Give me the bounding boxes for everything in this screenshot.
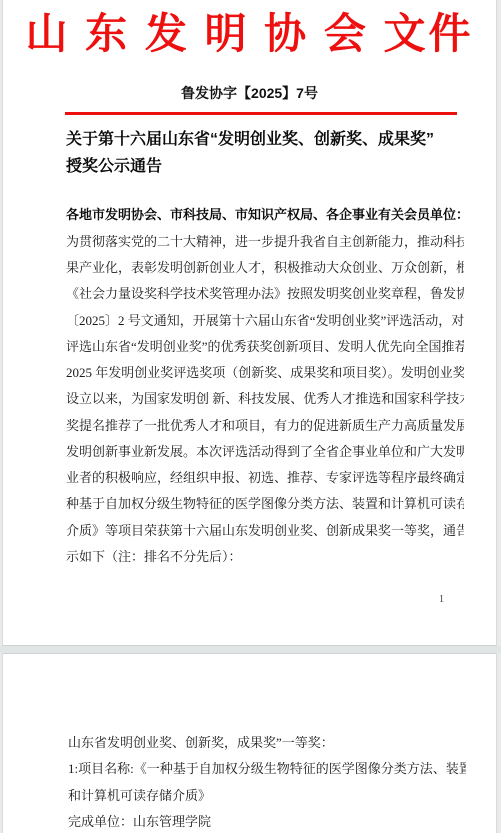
body-line: 发明创新事业新发展。本次评选活动得到了全省企事业单位和广大发明创 <box>66 441 464 460</box>
document-number: 鲁发协字【2025】7号 <box>3 83 496 103</box>
body-line: 示如下（注：排名不分先后）： <box>66 546 464 565</box>
document-heading-line-1: 关于第十六届山东省“发明创业奖、创新奖、成果奖” <box>66 126 464 149</box>
page-2: 山东省发明创业奖、创新奖，成果奖”一等奖： 1:项目名称:《一种基于自加权分级生… <box>2 653 497 833</box>
body-line: 2025 年发明创业奖评选奖项（创新奖、成果奖和项目奖）。发明创业奖 <box>66 362 464 381</box>
letterhead-divider-rule <box>65 112 457 115</box>
project-name-line-2: 和计算机可读存储介质》 <box>68 785 466 804</box>
body-line: 业者的积极响应，经组织申报、初选、推荐、专家评选等程序最终确定《一 <box>66 467 464 486</box>
body-line: 评选山东省“发明创业奖”的优秀获奖创新项目、发明人优先向全国推荐 <box>66 336 464 355</box>
body-line: 奖提名推荐了一批优秀人才和项目，有力的促进新质生产力高质量发展和 <box>66 415 464 434</box>
body-line: 《社会力量设奖科学技术奖管理办法》按照发明奖创业奖章程，鲁发协字 <box>66 283 464 302</box>
completing-unit-line: 完成单位：山东管理学院 <box>68 811 466 830</box>
project-name-line: 1:项目名称:《一种基于自加权分级生物特征的医学图像分类方法、装置 <box>68 758 466 777</box>
body-line: 介质》等项目荣获第十六届山东发明创业奖、创新成果奖一等奖，通告公 <box>66 520 464 539</box>
document-heading-line-2: 授奖公示通告 <box>66 153 464 176</box>
document-viewer-canvas: 山 东 发 明 协 会 文件 鲁发协字【2025】7号 关于第十六届山东省“发明… <box>0 0 501 833</box>
letterhead-title: 山 东 发 明 协 会 文件 <box>3 8 496 60</box>
body-line: 〔2025〕2 号文通知，开展第十六届山东省“发明创业奖”评选活动，对 <box>66 310 464 329</box>
award-category-line: 山东省发明创业奖、创新奖，成果奖”一等奖： <box>68 732 466 751</box>
salutation-line: 各地市发明协会、市科技局、市知识产权局、各企事业有关会员单位： <box>66 204 466 223</box>
page-1: 山 东 发 明 协 会 文件 鲁发协字【2025】7号 关于第十六届山东省“发明… <box>2 0 497 646</box>
body-line: 设立以来，为国家发明创 新、科技发展、优秀人才推选和国家科学技术 <box>66 388 464 407</box>
page-number: 1 <box>439 594 444 605</box>
body-line: 为贯彻落实党的二十大精神，进一步提升我省自主创新能力，推动科技成 <box>66 231 464 250</box>
body-line: 果产业化，表彰发明创新创业人才，积极推动大众创业、万众创新，根据 <box>66 257 464 276</box>
page-gap <box>0 646 501 653</box>
body-line: 种基于自加权分级生物特征的医学图像分类方法、装置和计算机可读存储 <box>66 493 464 512</box>
